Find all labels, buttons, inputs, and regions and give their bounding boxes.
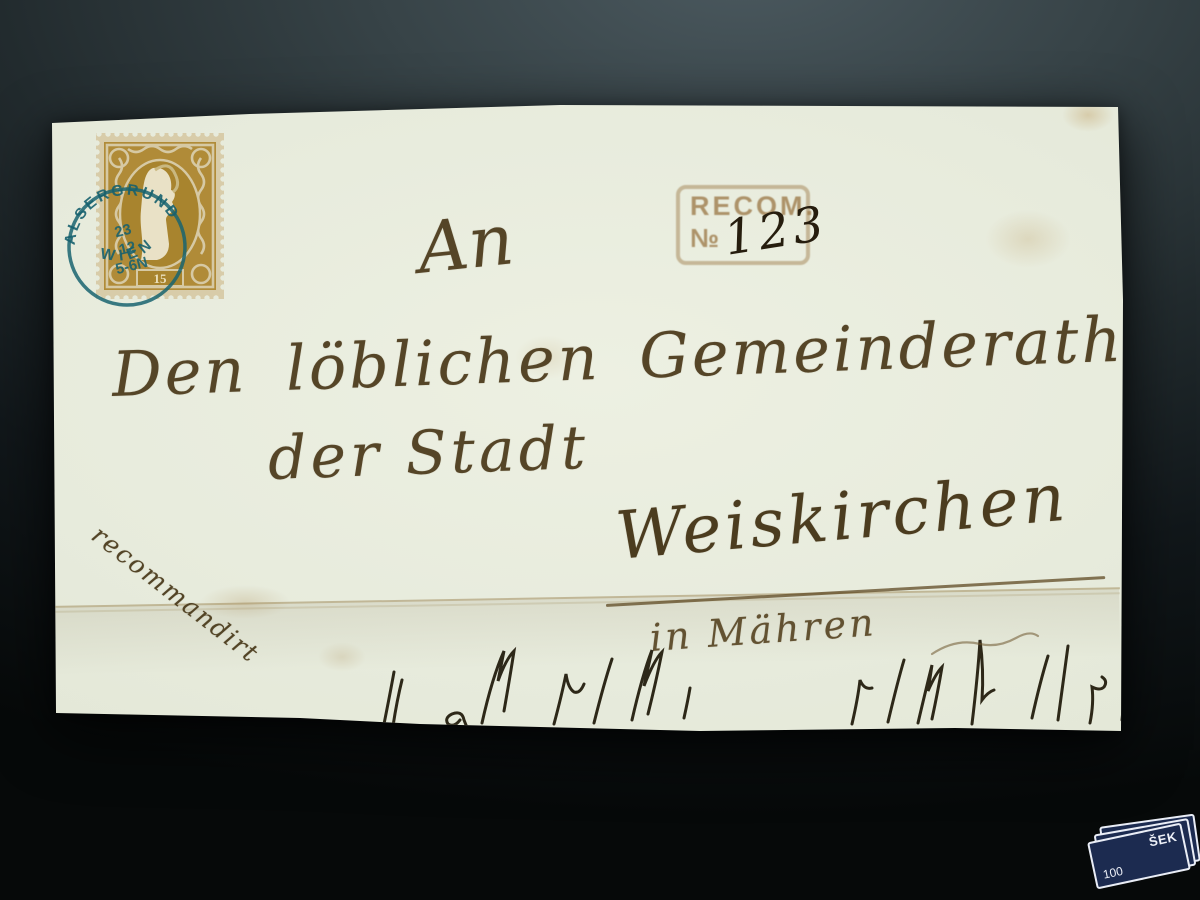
address-line-1: Den löblichen Gemeinderath (111, 303, 1126, 411)
watermark-label: ŠEK (1148, 829, 1179, 850)
address-destination: Weiskirchen (613, 459, 1072, 575)
illegible-writing (332, 628, 1132, 733)
folded-letter-envelope: 15 ALSERGRUND WIEN 23 12 (0, 0, 1200, 900)
watermark-value: 100 (1102, 864, 1125, 882)
envelope-shadow: 15 ALSERGRUND WIEN 23 12 (0, 0, 1200, 900)
address-salutation: An (414, 198, 518, 290)
paper-stain (985, 210, 1071, 268)
address-line-2: der Stadt (267, 413, 590, 494)
dealer-watermark-logo: ŠEK 100 (1082, 812, 1200, 900)
paper-stain (1062, 98, 1114, 132)
photo-of-postal-cover: 15 ALSERGRUND WIEN 23 12 (0, 0, 1200, 900)
